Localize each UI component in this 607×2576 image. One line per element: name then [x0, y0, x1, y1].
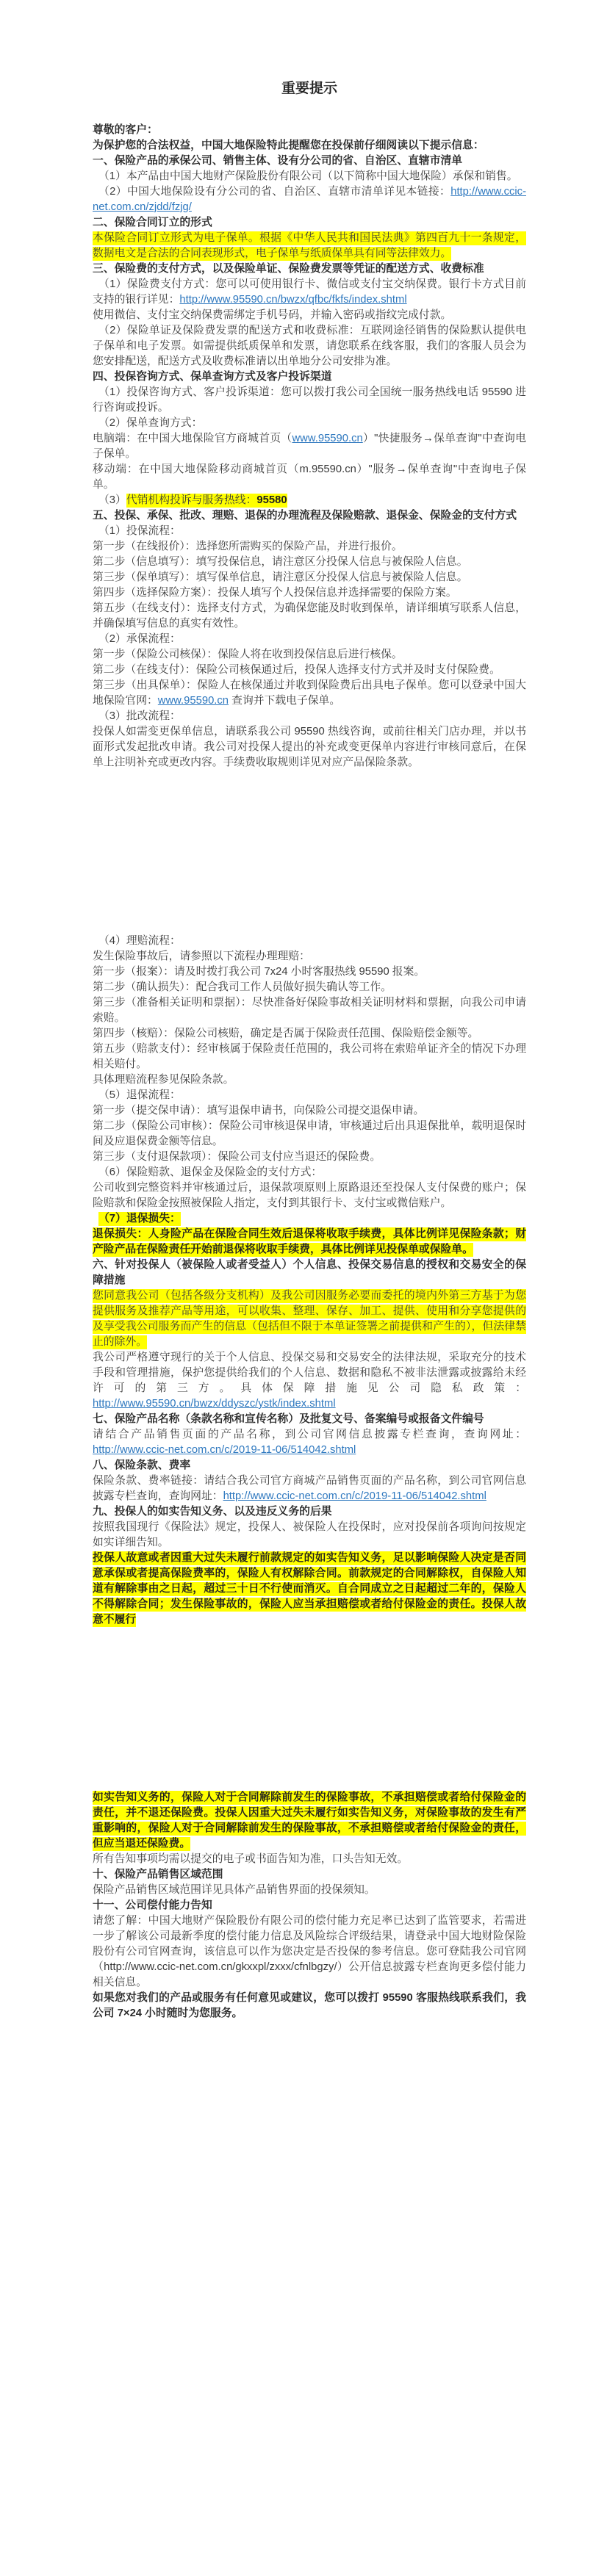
text: 第二步（保险公司审核）：保险公司审核退保申请，审核通过后出具退保批单，载明退保时… [93, 1120, 526, 1147]
paragraph: 公司收到完整资料并审核通过后，退保款项原则上原路退还至投保人支付保费的账户；保险… [93, 1180, 526, 1211]
bold-text: 九、投保人的如实告知义务、以及违反义务的后果 [93, 1506, 332, 1518]
text: （6）保险赔款、退保金及保险金的支付方式： [98, 1166, 322, 1178]
text: 请您了解：中国大地财产保险股份有限公司的偿付能力充足率已达到了监管要求，若需进一… [93, 1915, 526, 1988]
text: （2）中国大地保险设有分公司的省、自治区、直辖市清单详见本链接： [98, 186, 450, 198]
highlight: 本保险合同订立形式为电子保单。根据《中华人民共和国民法典》第四百九十一条规定，数… [93, 231, 526, 261]
text: 第二步（确认损失）：配合我司工作人员做好损失确认等工作。 [93, 981, 392, 993]
section-heading: 七、保险产品名称（条款名称和宣传名称）及批复文号、备案编号或报备文件编号 [93, 1412, 526, 1427]
paragraph: 保险条款、费率链接：请结合我公司官方商城产品销售页面的产品名称，到公司官网信息披… [93, 1473, 526, 1504]
section-heading: 为保护您的合法权益，中国大地保险特此提醒您在投保前仔细阅读以下提示信息： [93, 138, 526, 154]
paragraph: 投保人故意或者因重大过失未履行前款规定的如实告知义务，足以影响保险人决定是否同意… [93, 1551, 526, 1628]
link[interactable]: http://www.ccic-net.com.cn/c/2019-11-06/… [93, 1444, 356, 1456]
text: 第一步（保险公司核保）：保险人将在收到投保信息后进行核保。 [93, 649, 403, 660]
paragraph: 第二步（确认损失）：配合我司工作人员做好损失确认等工作。 [93, 980, 526, 995]
text: （4）理赔流程： [98, 935, 181, 947]
paragraph: 具体理赔流程参见保险条款。 [93, 1072, 526, 1088]
paragraph: 第二步（在线支付）：保险公司核保通过后，投保人选择支付方式并及时支付保险费。 [93, 663, 526, 678]
text: 第二步（在线支付）：保险公司核保通过后，投保人选择支付方式并及时支付保险费。 [93, 664, 500, 676]
paragraph: 所有告知事项均需以提交的电子或书面告知为准，口头告知无效。 [93, 1852, 526, 1867]
paragraph: 使用微信、支付宝交纳保费需绑定手机号码，并输入密码或指纹完成付款。 [93, 308, 526, 323]
section-heading: 十一、公司偿付能力告知 [93, 1898, 526, 1913]
important-notice-document: 重要提示 尊敬的客户：为保护您的合法权益，中国大地保险特此提醒您在投保前仔细阅读… [93, 79, 526, 2021]
text: （2）承保流程： [98, 633, 181, 645]
paragraph: 投保人如需变更保单信息，请联系我公司 95590 热线咨询，或前往相关门店办理，… [93, 724, 526, 771]
paragraph: 退保损失：人身险产品在保险合同生效后退保将收取手续费，具体比例详见保险条款；财产… [93, 1227, 526, 1258]
paragraph: 第五步（赔款支付）：经审核属于保险责任范围的，我公司将在索赔单证齐全的情况下办理… [93, 1042, 526, 1072]
text: 第一步（提交保申请）：填写退保申请书，向保险公司提交退保申请。 [93, 1105, 424, 1116]
section-heading: 八、保险条款、费率 [93, 1458, 526, 1473]
highlight-bold: 如实告知义务的，保险人对于合同解除前发生的保险事故，不承担赔偿或者给付保险金的责… [93, 1791, 526, 1851]
bold-text: 六、针对投保人（被保险人或者受益人）个人信息、投保交易信息的授权和交易安全的保障… [93, 1259, 526, 1286]
paragraph: （4）理赔流程： [93, 934, 526, 949]
section-heading: 六、针对投保人（被保险人或者受益人）个人信息、投保交易信息的授权和交易安全的保障… [93, 1258, 526, 1288]
text: （3）批改流程： [98, 710, 181, 722]
link[interactable]: http://www.95590.cn/bwzx/qfbc/fkfs/index… [179, 294, 406, 306]
paragraph: 第一步（在线报价）：选择您所需购买的保险产品，并进行报价。 [93, 539, 526, 555]
text: （5）退保流程： [98, 1089, 181, 1101]
paragraph: 第三步（出具保单）：保险人在核保通过并收到保险费后出具电子保单。您可以登录中国大… [93, 678, 526, 709]
paragraph: 请结合产品销售页面的产品名称，到公司官网信息披露专栏查询，查询网址：http:/… [93, 1427, 526, 1458]
text: 第一步（报案）：请及时拨打我公司 7x24 小时客服热线 95590 报案。 [93, 966, 425, 978]
paragraph: 请您了解：中国大地财产保险股份有限公司的偿付能力充足率已达到了监管要求，若需进一… [93, 1913, 526, 1991]
text: 第二步（信息填写）：填写投保信息，请注意区分投保人信息与被保险人信息。 [93, 556, 468, 568]
section-heading: 九、投保人的如实告知义务、以及违反义务的后果 [93, 1504, 526, 1520]
text: （1）本产品由中国大地财产保险股份有限公司（以下简称中国大地保险）承保和销售。 [98, 170, 518, 182]
text: （1）投保流程： [98, 525, 181, 537]
section-heading: 五、投保、承保、批改、理赔、退保的办理流程及保险赔款、退保金、保险金的支付方式 [93, 508, 526, 524]
paragraph: 第四步（核赔）：保险公司核赔，确定是否属于保险责任范围、保险赔偿金额等。 [93, 1026, 526, 1042]
text: 发生保险事故后，请参照以下流程办理理赔： [93, 950, 310, 962]
text: 电脑端：在中国大地保险官方商城首页（ [93, 433, 292, 444]
bold-text: 七、保险产品名称（条款名称和宣传名称）及批复文号、备案编号或报备文件编号 [93, 1413, 484, 1425]
highlight-bold: 95580 [256, 494, 287, 508]
document-body: 尊敬的客户：为保护您的合法权益，中国大地保险特此提醒您在投保前仔细阅读以下提示信… [93, 123, 526, 2021]
paragraph: 您同意我公司（包括各级分支机构）及我公司因服务必要而委托的境内外第三方基于为您提… [93, 1288, 526, 1350]
section-heading: 尊敬的客户： [93, 123, 526, 138]
paragraph: 保险产品销售区域范围详见具体产品销售界面的投保须知。 [93, 1883, 526, 1898]
paragraph: （1）投保流程： [93, 524, 526, 539]
highlight-bold: （7）退保损失： [98, 1212, 181, 1226]
paragraph: 第四步（选择保险方案）：投保人填写个人投保信息并选择需要的保险方案。 [93, 585, 526, 601]
section-heading: 三、保险费的支付方式，以及保险单证、保险费发票等凭证的配送方式、收费标准 [93, 261, 526, 277]
bold-text: 十一、公司偿付能力告知 [93, 1899, 212, 1911]
section-heading: 四、投保咨询方式、保单查询方式及客户投诉渠道 [93, 369, 526, 385]
paragraph: 第二步（保险公司审核）：保险公司审核退保申请，审核通过后出具退保批单，载明退保时… [93, 1119, 526, 1150]
text: 查询并下载电子保单。 [229, 695, 340, 707]
paragraph: （1）本产品由中国大地财产保险股份有限公司（以下简称中国大地保险）承保和销售。 [93, 169, 526, 184]
text: 具体理赔流程参见保险条款。 [93, 1074, 234, 1086]
paragraph: （2）中国大地保险设有分公司的省、自治区、直辖市清单详见本链接：http://w… [93, 184, 526, 215]
highlight: 代销机构投诉与服务热线： [126, 494, 257, 508]
paragraph: （2）承保流程： [93, 632, 526, 647]
text: 请结合产品销售页面的产品名称，到公司官网信息披露专栏查询，查询网址： [93, 1429, 526, 1440]
paragraph: 如实告知义务的，保险人对于合同解除前发生的保险事故，不承担赔偿或者给付保险金的责… [93, 1790, 526, 1852]
text: 所有告知事项均需以提交的电子或书面告知为准，口头告知无效。 [93, 1853, 408, 1865]
paragraph: （1）投保咨询方式、客户投诉渠道：您可以拨打我公司全国统一服务热线电话 9559… [93, 385, 526, 416]
paragraph: 第三步（保单填写）：填写保单信息，请注意区分投保人信息与被保险人信息。 [93, 570, 526, 585]
bold-text: 尊敬的客户： [93, 124, 158, 136]
link[interactable]: http://www.95590.cn/bwzx/ddyszc/ystk/ind… [93, 1398, 336, 1410]
link[interactable]: www.95590.cn [292, 433, 363, 444]
text: 我公司严格遵守现行的关于个人信息、投保交易和交易安全的法律法规，采取充分的技术手… [93, 1352, 526, 1394]
text: 第五步（赔款支付）：经审核属于保险责任范围的，我公司将在索赔单证齐全的情况下办理… [93, 1043, 526, 1070]
paragraph: 第一步（提交保申请）：填写退保申请书，向保险公司提交退保申请。 [93, 1103, 526, 1119]
page-gap [93, 771, 526, 934]
bold-text: 为保护您的合法权益，中国大地保险特此提醒您在投保前仔细阅读以下提示信息： [93, 140, 484, 151]
text: 按照我国现行《保险法》规定，投保人、被保险人在投保时，应对投保前各项询问按规定如… [93, 1521, 526, 1548]
text: 移动端：在中国大地保险移动商城首页（m.95590.cn）"服务→保单查询"中查… [93, 463, 526, 491]
link[interactable]: www.95590.cn [158, 695, 229, 707]
bold-text: 十、保险产品销售区域范围 [93, 1869, 223, 1880]
text: 第三步（保单填写）：填写保单信息，请注意区分投保人信息与被保险人信息。 [93, 571, 468, 583]
paragraph: （6）保险赔款、退保金及保险金的支付方式： [93, 1165, 526, 1180]
text: 第四步（选择保险方案）：投保人填写个人投保信息并选择需要的保险方案。 [93, 587, 457, 599]
text: 第三步（准备相关证明和票据）：尽快准备好保险事故相关证明材料和票据，向我公司申请… [93, 997, 526, 1024]
paragraph: 电脑端：在中国大地保险官方商城首页（www.95590.cn）"快捷服务→保单查… [93, 431, 526, 462]
text: （2）保单查询方式： [98, 417, 202, 429]
paragraph: 第三步（准备相关证明和票据）：尽快准备好保险事故相关证明材料和票据，向我公司申请… [93, 995, 526, 1026]
paragraph: （1）保险费支付方式：您可以可使用银行卡、微信或支付宝交纳保费。银行卡方式目前支… [93, 277, 526, 308]
text: （2）保险单证及保险费发票的配送方式和收费标准：互联网途径销售的保险默认提供电子… [93, 325, 526, 367]
highlight-bold: 退保损失：人身险产品在保险合同生效后退保将收取手续费，具体比例详见保险条款；财产… [93, 1227, 526, 1257]
paragraph: 按照我国现行《保险法》规定，投保人、被保险人在投保时，应对投保前各项询问按规定如… [93, 1520, 526, 1551]
paragraph: （2）保单查询方式： [93, 416, 526, 431]
page-gap [93, 1628, 526, 1790]
bold-text: 一、保险产品的承保公司、销售主体、设有分公司的省、自治区、直辖市清单 [93, 155, 462, 167]
page-title: 重要提示 [93, 79, 526, 98]
section-heading: 十、保险产品销售区域范围 [93, 1867, 526, 1883]
text: 投保人如需变更保单信息，请联系我公司 95590 热线咨询，或前往相关门店办理，… [93, 726, 526, 768]
section-heading: 一、保险产品的承保公司、销售主体、设有分公司的省、自治区、直辖市清单 [93, 154, 526, 169]
text: 第五步（在线支付）：选择支付方式，为确保您能及时收到保单，请详细填写联系人信息，… [93, 602, 526, 629]
paragraph: （3）代销机构投诉与服务热线：95580 [93, 493, 526, 508]
section-heading: 如果您对我们的产品或服务有任何意见或建议，您可以拨打 95590 客服热线联系我… [93, 1991, 526, 2021]
text: 使用微信、支付宝交纳保费需绑定手机号码，并输入密码或指纹完成付款。 [93, 309, 451, 321]
paragraph: （7）退保损失： [93, 1211, 526, 1227]
paragraph: 第三步（支付退保款项）：保险公司支付应当退还的保险费。 [93, 1150, 526, 1165]
link[interactable]: http://www.ccic-net.com.cn/c/2019-11-06/… [223, 1490, 486, 1502]
bold-text: 如果您对我们的产品或服务有任何意见或建议，您可以拨打 95590 客服热线联系我… [93, 1992, 526, 2019]
paragraph: （2）保险单证及保险费发票的配送方式和收费标准：互联网途径销售的保险默认提供电子… [93, 323, 526, 369]
paragraph: 第五步（在线支付）：选择支付方式，为确保您能及时收到保单，请详细填写联系人信息，… [93, 601, 526, 632]
paragraph: 发生保险事故后，请参照以下流程办理理赔： [93, 949, 526, 964]
bold-text: 二、保险合同订立的形式 [93, 217, 212, 228]
paragraph: 移动端：在中国大地保险移动商城首页（m.95590.cn）"服务→保单查询"中查… [93, 462, 526, 493]
paragraph: 第一步（报案）：请及时拨打我公司 7x24 小时客服热线 95590 报案。 [93, 964, 526, 980]
text: （3） [98, 494, 126, 506]
paragraph: （3）批改流程： [93, 709, 526, 724]
page: { "page": { "background": "#ffffff", "wi… [0, 0, 607, 2576]
text: 保险产品销售区域范围详见具体产品销售界面的投保须知。 [93, 1884, 376, 1896]
section-heading: 二、保险合同订立的形式 [93, 215, 526, 231]
highlight: 您同意我公司（包括各级分支机构）及我公司因服务必要而委托的境内外第三方基于为您提… [93, 1289, 526, 1349]
paragraph: 第一步（保险公司核保）：保险人将在收到投保信息后进行核保。 [93, 647, 526, 663]
text: （1）投保咨询方式、客户投诉渠道：您可以拨打我公司全国统一服务热线电话 9559… [93, 386, 526, 414]
paragraph: 我公司严格遵守现行的关于个人信息、投保交易和交易安全的法律法规，采取充分的技术手… [93, 1350, 526, 1412]
bold-text: 四、投保咨询方式、保单查询方式及客户投诉渠道 [93, 371, 332, 383]
bold-text: 三、保险费的支付方式，以及保险单证、保险费发票等凭证的配送方式、收费标准 [93, 263, 484, 275]
text: 公司收到完整资料并审核通过后，退保款项原则上原路退还至投保人支付保费的账户；保险… [93, 1182, 526, 1209]
text: 第一步（在线报价）：选择您所需购买的保险产品，并进行报价。 [93, 541, 403, 552]
paragraph: 本保险合同订立形式为电子保单。根据《中华人民共和国民法典》第四百九十一条规定，数… [93, 231, 526, 261]
text: 第三步（支付退保款项）：保险公司支付应当退还的保险费。 [93, 1151, 381, 1163]
paragraph: （5）退保流程： [93, 1088, 526, 1103]
paragraph: 第二步（信息填写）：填写投保信息，请注意区分投保人信息与被保险人信息。 [93, 555, 526, 570]
bold-text: 五、投保、承保、批改、理赔、退保的办理流程及保险赔款、退保金、保险金的支付方式 [93, 510, 517, 522]
highlight-bold: 投保人故意或者因重大过失未履行前款规定的如实告知义务，足以影响保险人决定是否同意… [93, 1551, 526, 1627]
bold-text: 八、保险条款、费率 [93, 1460, 190, 1471]
text: 第四步（核赔）：保险公司核赔，确定是否属于保险责任范围、保险赔偿金额等。 [93, 1028, 478, 1039]
